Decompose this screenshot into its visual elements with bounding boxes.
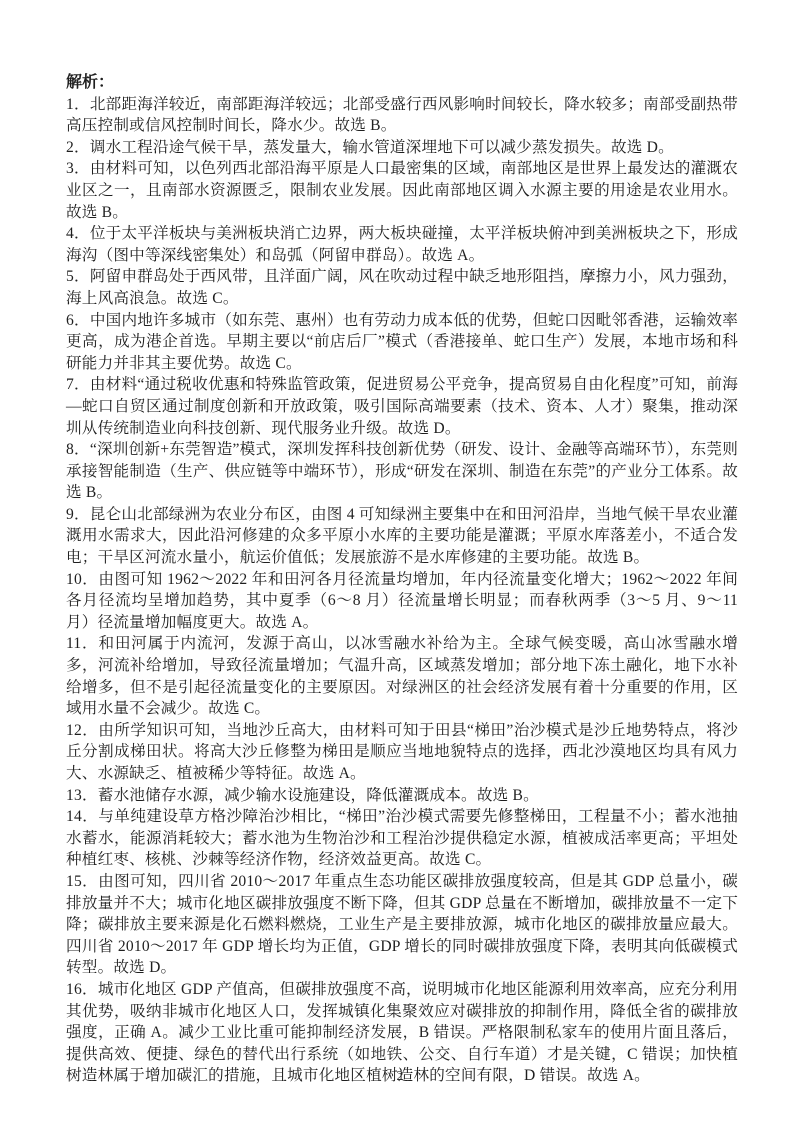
answer-item: 1．北部距海洋较近，南部距海洋较远；北部受盛行西风影响时间较长，降水较多；南部受…	[66, 94, 738, 137]
analysis-heading: 解析：	[66, 72, 738, 94]
answer-item: 8．“深圳创新+东莞智造”模式，深圳发挥科技创新优势（研发、设计、金融等高端环节…	[66, 439, 738, 504]
answer-item: 4．位于太平洋板块与美洲板块消亡边界，两大板块碰撞，太平洋板块俯冲到美洲板块之下…	[66, 223, 738, 266]
answer-item: 14．与单纯建设草方格沙障治沙相比，“梯田”治沙模式需要先修整梯田，工程量不小；…	[66, 806, 738, 871]
answer-item: 12．由所学知识可知，当地沙丘高大，由材料可知于田县“梯田”治沙模式是沙丘地势特…	[66, 720, 738, 785]
answer-item: 11．和田河属于内流河，发源于高山，以冰雪融水补给为主。全球气候变暖，高山冰雪融…	[66, 633, 738, 719]
answer-item: 6．中国内地许多城市（如东莞、惠州）也有劳动力成本低的优势，但蛇口因毗邻香港，运…	[66, 310, 738, 375]
answer-item: 10．由图可知 1962～2022 年和田河各月径流量均增加，年内径流量变化增大…	[66, 569, 738, 634]
answer-item: 2．调水工程沿途气候干旱，蒸发量大，输水管道深埋地下可以减少蒸发损失。故选 D。	[66, 137, 738, 159]
answer-explanation-list: 1．北部距海洋较近，南部距海洋较远；北部受盛行西风影响时间较长，降水较多；南部受…	[66, 94, 738, 1087]
answer-item: 15．由图可知，四川省 2010～2017 年重点生态功能区碳排放强度较高，但是…	[66, 871, 738, 979]
answer-item: 5．阿留申群岛处于西风带，且洋面广阔，风在吹动过程中缺乏地形阻挡，摩擦力小，风力…	[66, 266, 738, 309]
answer-item: 13．蓄水池储存水源，减少输水设施建设，降低灌溉成本。故选 B。	[66, 785, 738, 807]
answer-item: 7．由材料“通过税收优惠和特殊监管政策，促进贸易公平竞争，提高贸易自由化程度”可…	[66, 374, 738, 439]
answer-item: 3．由材料可知，以色列西北部沿海平原是人口最密集的区域，南部地区是世界上最发达的…	[66, 158, 738, 223]
page-number: 2	[0, 1068, 800, 1086]
document-page: 解析： 1．北部距海洋较近，南部距海洋较远；北部受盛行西风影响时间较长，降水较多…	[0, 0, 800, 1131]
answer-item: 9．昆仑山北部绿洲为农业分布区，由图 4 可知绿洲主要集中在和田河沿岸，当地气候…	[66, 504, 738, 569]
